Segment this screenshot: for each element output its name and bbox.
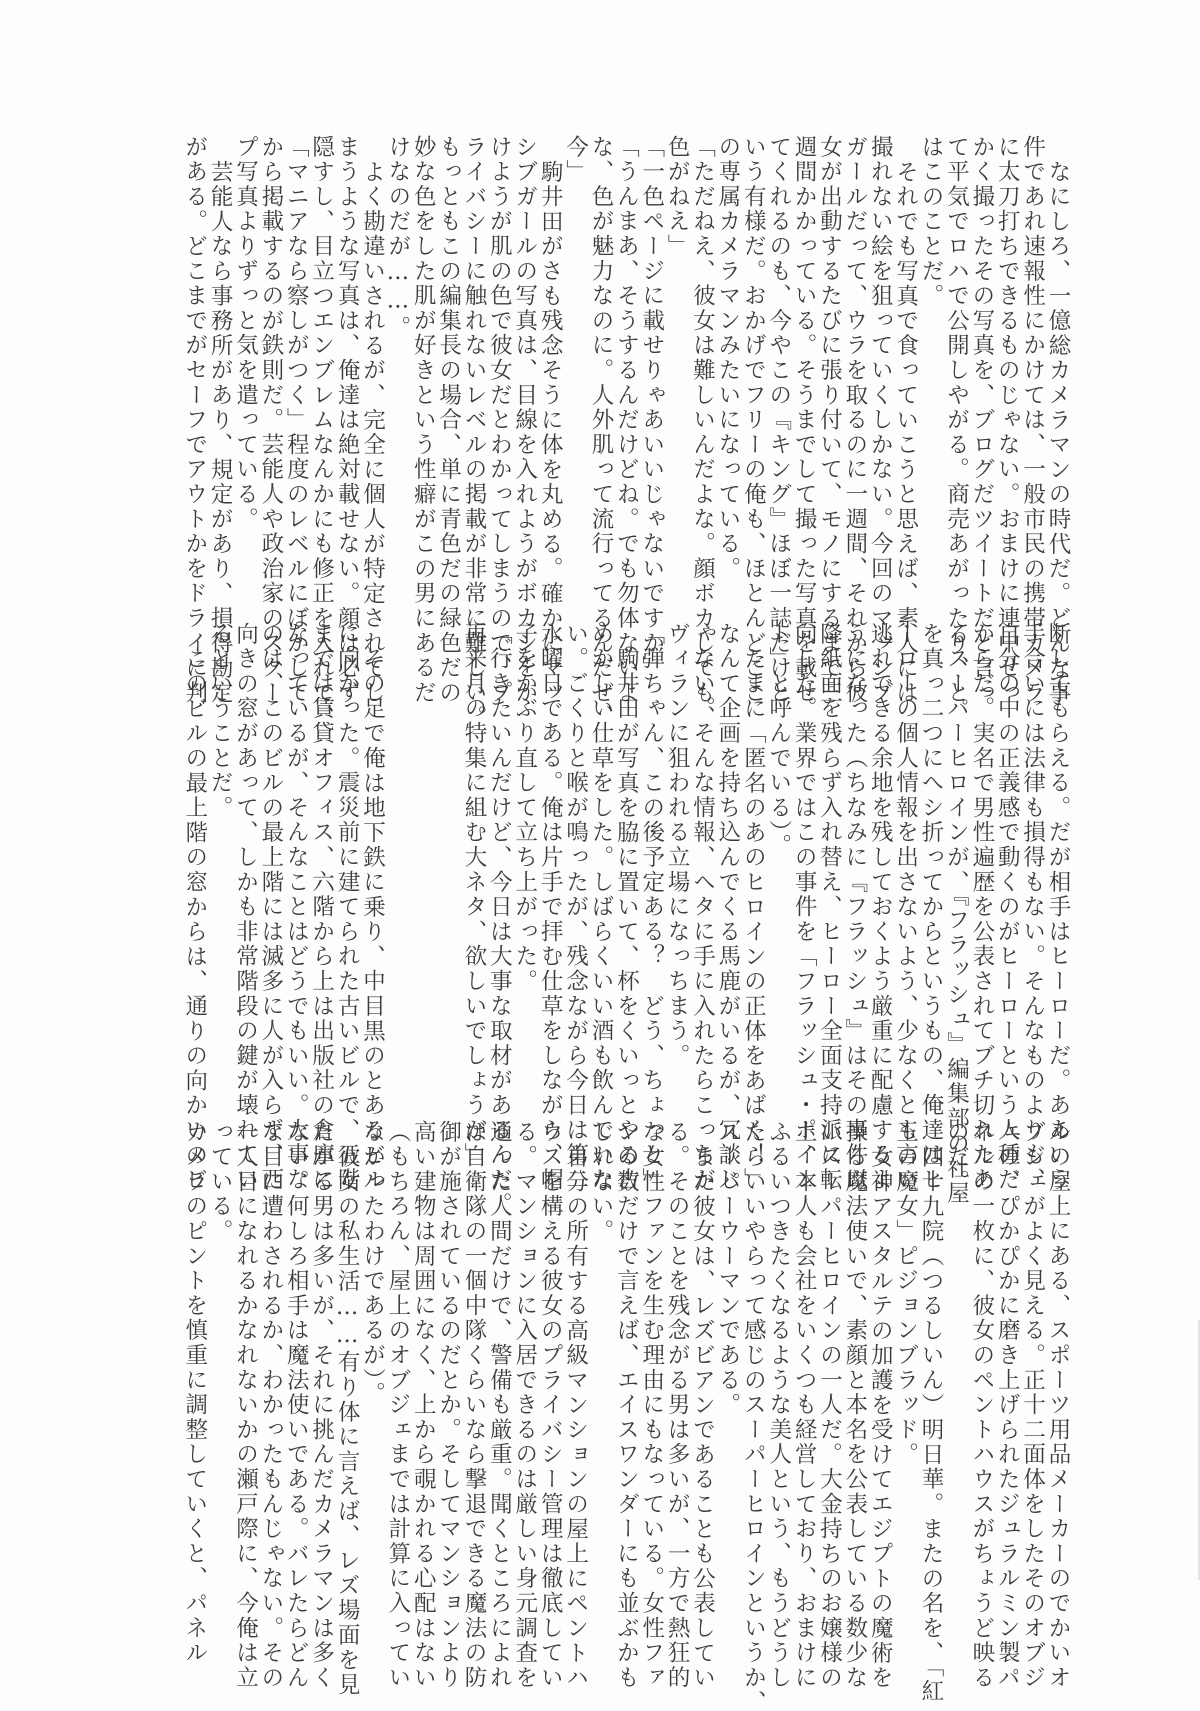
text-column: 件であれ速報性にかけては、一般市民の携帯カメラ [1019, 135, 1044, 705]
text-column: それでも写真で食っていこうと思えば、素人には [892, 135, 917, 706]
text-column: ふるいつきたくなるような美人という、もうどうし [765, 1120, 790, 1690]
text-column: ヴィランに狙われる立場になっちまう。 [664, 622, 689, 1068]
text-column: 色がねえ」 [664, 135, 689, 259]
text-column: 降紙面を残らず入れ替え、ヒーロー全面支持派に転 [816, 622, 841, 1192]
text-column: 彼女の私生活……有り体に言えば、レズ場面を見 [334, 1120, 359, 1698]
text-column: ば自衛隊の一個中隊くらいなら撃退できる魔法の防 [461, 1120, 486, 1690]
text-column: また彼女は、レズビアンであることも公表してい [689, 1120, 714, 1691]
text-column: 再来月の特集に組む大ネタ、欲しいでしょうが」 [461, 622, 486, 1168]
text-column: 断してもらえる。だが相手はヒーローだ。ああいう [1045, 622, 1070, 1192]
text-column: の専属カメラマンみたいになっている。 [715, 135, 740, 581]
text-column: ェの、ぴかぴかに磨き上げられたジュラルミン製パ [994, 1120, 1019, 1690]
text-column: ーローの個人情報を出さないよう、少なくとも言い [892, 622, 917, 1192]
text-column: な目に遭わされるか、わかったもんじゃない。その [258, 1120, 283, 1690]
text-column: ブジェがよく見える。正十二面体をしたそのオブジ [1019, 1120, 1044, 1690]
text-column: 御が施されているのだとか。そしてマンションより [435, 1120, 460, 1690]
text-column: 「マニアなら察しがつく」程度のレベルにぼかして [283, 135, 308, 705]
text-column: る。そのことを残念がる男は多いが、一方で熱狂的 [664, 1120, 689, 1690]
text-column: 逃れできる余地を残しておくよう厳重に配慮するよ [867, 622, 892, 1192]
text-column: 操る魔法使いで、素顔と本名を公表している数少な [841, 1120, 866, 1690]
text-column: けなのだが……。 [384, 135, 409, 340]
text-column: なっているが、そんなことはどうでもいい。大事な [283, 622, 308, 1192]
text-column: 向きの窓があって、しかも非常階段の鍵が壊れてい [232, 622, 257, 1192]
text-column: までは賃貸オフィス、六階から上は出版社の倉庫に [308, 622, 333, 1192]
text-column: のは、このビルの最上階には滅多に人が入らず、西 [258, 622, 283, 1192]
text-column: 女が出動するたびに張り付いて、モノにするまで三 [816, 135, 841, 705]
text-tier-bottom: ルの屋上にある、スポーツ用品メーカーのでかいオブジェがよく見える。正十二面体をし… [181, 1120, 1070, 1711]
text-column: て平気でロハで公開しやがる。商売あがったり、と [943, 135, 968, 705]
text-column: ト」と呼んでいる）。 [765, 622, 790, 859]
text-column: よく勘違いされるが、完全に個人が特定されてし [359, 135, 384, 706]
text-column: カメラのピントを慎重に調整していくと、パネル [181, 1120, 206, 1666]
text-column: 玉の魔女」ピジョンブラッド。 [892, 1120, 917, 1467]
text-column: 子をかぶり直して立ち上がった。 [511, 622, 536, 994]
text-column: いスーパーヒロインの一人だ。大金持ちのお嬢様の [816, 1120, 841, 1690]
text-column: ウスを構える彼女のプライバシー管理は徹底してい [537, 1120, 562, 1690]
text-column: スーパーウーマンである。 [715, 1120, 740, 1418]
text-column: 週間かかっている。そうまでして撮った写真を載せ [791, 135, 816, 705]
text-column: のだ。 [943, 1120, 968, 1194]
text-column: 上、本人も会社をいくつも経営しており、おまけに [791, 1120, 816, 1690]
text-column: 高い建物は周囲になく、上から覗かれる心配はない [410, 1120, 435, 1690]
book-page: なにしろ、一億総カメラマンの時代だ。どんな事件であれ速報性にかけては、一般市民の… [0, 0, 1200, 1711]
text-column: その足で俺は地下鉄に乗り、中目黒のとあるビル [359, 622, 384, 1193]
text-column: に太刀打ちできるものじゃない。おまけに連中せっ [994, 135, 1019, 705]
text-column: いう有様だ。おかげでフリーの俺も、ほとんどここ [740, 135, 765, 705]
text-column: かく撮ったその写真を、ブログだツイートだと言っ [968, 135, 993, 705]
text-column: もっともこの編集長の場合、単に青色だの緑色だの [435, 135, 460, 705]
text-column: 駒井田が写真を脇に置いて、杯をくいっとやる古 [613, 622, 638, 1193]
text-column: 女神アスタルテの加護を受けてエジプトの魔術を [867, 1120, 892, 1691]
text-column: まうような写真は、俺達は絶対載せない。顔は必ず [334, 135, 359, 705]
text-column: から掲載するのが鉄則だ。芸能人や政治家のスクー [258, 135, 283, 705]
text-column: 自分の中の正義感で動くのがヒーローという人種だ [994, 622, 1019, 1192]
text-column: 自分の所有する高級マンションの屋上にペントハ [562, 1120, 587, 1691]
text-column: うになった（ちなみに『フラッシュ』はその事件以 [841, 622, 866, 1192]
text-column: 撮れない絵を狙っていくしかない。今回のマッシブ [867, 135, 892, 705]
text-column: このビルの最上階の窓からは、通りの向かいのビ [181, 622, 206, 1193]
text-column: たがる男は多いが、それに挑んだカメラマンは多く [308, 1120, 333, 1690]
text-column: ゃない。そんな情報、ヘタに手に入れたらこっちが [689, 622, 714, 1192]
text-column: なにしろ、一億総カメラマンの時代だ。どんな事 [1045, 135, 1070, 706]
text-column: ンの数だけで言えば、エイスワンダーにも並ぶかも [613, 1120, 638, 1690]
text-column: ルの屋上にある、スポーツ用品メーカーのでかいオ [1045, 1120, 1070, 1690]
text-column: い。ごくりと喉が鳴ったが、残念ながら今日は第二 [562, 622, 587, 1192]
text-column: からだ。実名で男性遍歴を公表されてブチ切れたあ [968, 622, 993, 1192]
text-column: なんて企画を持ち込んでくる馬鹿がいるが、冗談じ [715, 622, 740, 1192]
text-column: 妙な色をした肌が好きという性癖がこの男にあるだ [410, 135, 435, 705]
text-column: たらいいやらって感じのスーパーヒロインというか、 [740, 1120, 765, 1711]
text-column: しれない。 [588, 1120, 613, 1244]
text-column: るスーパーヒロインが、『フラッシュ』編集部の社屋 [943, 622, 968, 1206]
text-column: ネルの一枚に、彼女のペントハウスがちょうど映る [968, 1120, 993, 1690]
text-column: 今」 [562, 135, 587, 185]
text-column: めかしい仕草をした。しばらくいい酒も飲んでいな [588, 622, 613, 1192]
text-column: てくれるのも、今やこの『キング』ほぼ一誌だけと [765, 135, 790, 705]
text-column: 水曜日である。俺は片手で拝む仕草をしながら、帽 [537, 622, 562, 1192]
text-column: たまに「匿名のあのヒロインの正体をあばく！」 [740, 622, 765, 1193]
text-column: なかったわけであるが）。 [359, 1120, 384, 1406]
text-column: 芸能人なら事務所があり、規定があり、損得勘定 [207, 135, 232, 706]
text-column: な女性ファンを生む理由にもなっている。女性ファ [638, 1120, 663, 1690]
text-column: けようが肌の色で彼女だとわかってしまうので、プ [486, 135, 511, 705]
text-column: 四十九院（つるしいん）明日華。またの名を、「紅 [918, 1120, 943, 1704]
text-column: 向した。業界ではこの事件を「フラッシュ・ポイン [791, 622, 816, 1192]
text-column: を真っ二つにへシ折ってからというもの、俺達はヒ [918, 622, 943, 1192]
text-column: プ写真よりずっと気を遣っている。 [232, 135, 257, 532]
text-column: 「うんまあ、そうするんだけどね。でも勿体ないよ [613, 135, 638, 705]
text-column: 手合いには法律も損得もない。そんなものよりも、 [1019, 622, 1044, 1192]
text-column: に向かった。震災前に建てられた古いビルで、五階 [334, 622, 359, 1192]
text-column: る。マンションに入居できるのは厳しい身元調査を [511, 1120, 536, 1690]
text-column: （もちろん、屋上のオブジェまでは計算に入ってい [384, 1120, 409, 1690]
text-column: 駒井田がさも残念そうに体を丸める。確かにマッ [537, 135, 562, 706]
text-column: 一人目になれるかなれないかの瀬戸際に、今俺は立 [232, 1120, 257, 1690]
text-column: るということだ。 [207, 622, 232, 820]
text-column: 「弾ちゃん、この後予定ある？ どう、ちょっと」 [638, 622, 663, 1192]
text-column: ない。何しろ相手は魔法使いである。バレたらどん [283, 1120, 308, 1690]
text-column: がある。どこまでがセーフでアウトかをドライに判 [181, 135, 206, 705]
text-column: はこのことだ。 [918, 135, 943, 309]
text-column: ガールだって、ウラを取るのに一週間、それから彼 [841, 135, 866, 705]
text-column: っている。 [207, 1120, 232, 1244]
text-column: 「一色ページに載せりゃあいいじゃないですか」 [638, 135, 663, 681]
text-column: シブガールの写真は、目線を入れようがボカシをか [511, 135, 536, 705]
text-column: 通った人間だけで、警備も厳重。聞くところによれ [486, 1120, 511, 1690]
